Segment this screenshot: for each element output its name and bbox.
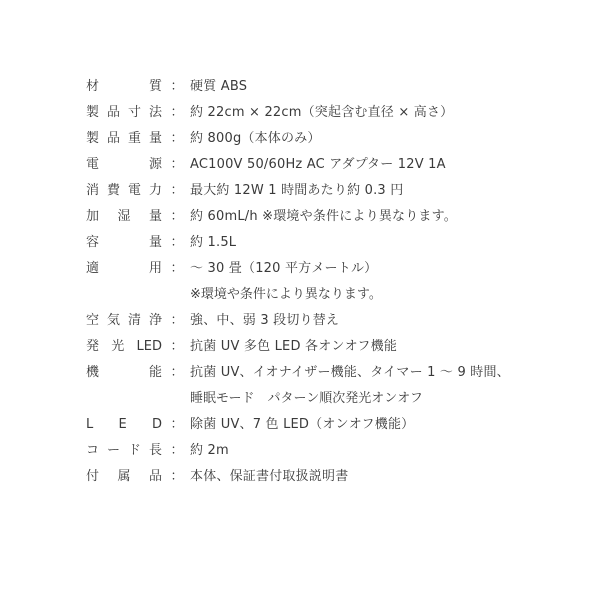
separator: ： (164, 100, 190, 126)
spec-label-char: 属 (117, 464, 130, 490)
spec-value: 抗菌 UV、イオナイザー機能、タイマー 1 ～ 9 時間、 (190, 360, 566, 386)
spec-label: 容量 (86, 230, 162, 256)
separator: ： (164, 74, 190, 100)
spec-label: コード長 (86, 438, 162, 464)
spec-label-char: LED (137, 334, 162, 360)
spec-label-char: 電 (128, 178, 141, 204)
spec-label-char: 付 (86, 464, 99, 490)
spec-label-char: 量 (149, 204, 162, 230)
separator: ： (164, 178, 190, 204)
spec-value: 本体、保証書付取扱説明書 (190, 464, 566, 490)
spec-label-char: 製 (86, 100, 99, 126)
spec-label-char: 容 (86, 230, 99, 256)
spec-label-char: D (152, 412, 162, 438)
spec-table: 材質：硬質 ABS製品寸法：約 22cm × 22cm（突起含む直径 × 高さ）… (86, 74, 566, 490)
spec-label: 消費電力 (86, 178, 162, 204)
spec-value: 約 22cm × 22cm（突起含む直径 × 高さ） (190, 100, 566, 126)
spec-value-continuation: ※環境や条件により異なります。 (86, 282, 566, 308)
spec-label: LED (86, 412, 162, 438)
spec-label-char: 能 (149, 360, 162, 386)
spec-row: 製品重量：約 800g（本体のみ） (86, 126, 566, 152)
spec-label-char: 力 (149, 178, 162, 204)
spec-label-char: 品 (149, 464, 162, 490)
spec-label-char: 質 (149, 74, 162, 100)
spec-value: 約 2m (190, 438, 566, 464)
spec-label-char: 適 (86, 256, 99, 282)
spec-label-char: ド (128, 438, 141, 464)
spec-value: ～ 30 畳（120 平方メートル） (190, 256, 566, 282)
spec-label-char: 量 (149, 126, 162, 152)
spec-label-char: 清 (128, 308, 141, 334)
spec-label-char: 湿 (117, 204, 130, 230)
spec-label-char: 長 (149, 438, 162, 464)
spec-label: 機能 (86, 360, 162, 386)
spec-row: コード長：約 2m (86, 438, 566, 464)
spec-label-char: 法 (149, 100, 162, 126)
separator: ： (164, 334, 190, 360)
spec-label-char: 機 (86, 360, 99, 386)
spec-row: 加湿量：約 60mL/h ※環境や条件により異なります。 (86, 204, 566, 230)
spec-label-char: 寸 (128, 100, 141, 126)
spec-label-char: 光 (111, 334, 124, 360)
spec-label: 付属品 (86, 464, 162, 490)
spec-label-char: E (119, 412, 127, 438)
spec-label-char: コ (86, 438, 99, 464)
spec-label-char: 品 (107, 100, 120, 126)
spec-label-char: 消 (86, 178, 99, 204)
spec-label-char: 量 (149, 230, 162, 256)
spec-label: 発光LED (86, 334, 162, 360)
spec-label: 加湿量 (86, 204, 162, 230)
spec-row: 機能：抗菌 UV、イオナイザー機能、タイマー 1 ～ 9 時間、 (86, 360, 566, 386)
spec-value: AC100V 50/60Hz AC アダプター 12V 1A (190, 152, 566, 178)
spec-row: 製品寸法：約 22cm × 22cm（突起含む直径 × 高さ） (86, 100, 566, 126)
separator: ： (164, 438, 190, 464)
spec-label-char: 費 (107, 178, 120, 204)
spec-label-char: 加 (86, 204, 99, 230)
spec-value: 抗菌 UV 多色 LED 各オンオフ機能 (190, 334, 566, 360)
spec-label-char: L (86, 412, 93, 438)
spec-label-char: 材 (86, 74, 99, 100)
separator: ： (164, 152, 190, 178)
spec-value: 除菌 UV、7 色 LED（オンオフ機能） (190, 412, 566, 438)
spec-value-continuation: 睡眠モード パターン順次発光オンオフ (86, 386, 566, 412)
spec-row: 適用：～ 30 畳（120 平方メートル） (86, 256, 566, 282)
spec-label-char: 製 (86, 126, 99, 152)
spec-row: 発光LED：抗菌 UV 多色 LED 各オンオフ機能 (86, 334, 566, 360)
spec-label-char: 品 (107, 126, 120, 152)
spec-label: 製品寸法 (86, 100, 162, 126)
spec-value: 約 1.5L (190, 230, 566, 256)
spec-label: 製品重量 (86, 126, 162, 152)
spec-label-char: 電 (86, 152, 99, 178)
spec-row: 消費電力：最大約 12W 1 時間あたり約 0.3 円 (86, 178, 566, 204)
separator: ： (164, 464, 190, 490)
spec-label: 材質 (86, 74, 162, 100)
spec-value: 約 60mL/h ※環境や条件により異なります。 (190, 204, 566, 230)
spec-row: 付属品：本体、保証書付取扱説明書 (86, 464, 566, 490)
spec-row: 電源：AC100V 50/60Hz AC アダプター 12V 1A (86, 152, 566, 178)
spec-label-char: 浄 (149, 308, 162, 334)
spec-row: 空気清浄：強、中、弱 3 段切り替え (86, 308, 566, 334)
spec-label-char: 用 (149, 256, 162, 282)
separator: ： (164, 256, 190, 282)
separator: ： (164, 230, 190, 256)
spec-value: 硬質 ABS (190, 74, 566, 100)
spec-row: LED：除菌 UV、7 色 LED（オンオフ機能） (86, 412, 566, 438)
spec-label-char: 重 (128, 126, 141, 152)
spec-label: 適用 (86, 256, 162, 282)
spec-label: 電源 (86, 152, 162, 178)
separator: ： (164, 308, 190, 334)
separator: ： (164, 412, 190, 438)
spec-label-char: ー (107, 438, 120, 464)
separator: ： (164, 204, 190, 230)
separator: ： (164, 360, 190, 386)
spec-value: 強、中、弱 3 段切り替え (190, 308, 566, 334)
separator: ： (164, 126, 190, 152)
spec-label-char: 気 (107, 308, 120, 334)
spec-value: 最大約 12W 1 時間あたり約 0.3 円 (190, 178, 566, 204)
spec-label-char: 源 (149, 152, 162, 178)
spec-label-char: 発 (86, 334, 99, 360)
spec-label-char: 空 (86, 308, 99, 334)
spec-row: 材質：硬質 ABS (86, 74, 566, 100)
spec-row: 容量：約 1.5L (86, 230, 566, 256)
spec-value: 約 800g（本体のみ） (190, 126, 566, 152)
spec-label: 空気清浄 (86, 308, 162, 334)
